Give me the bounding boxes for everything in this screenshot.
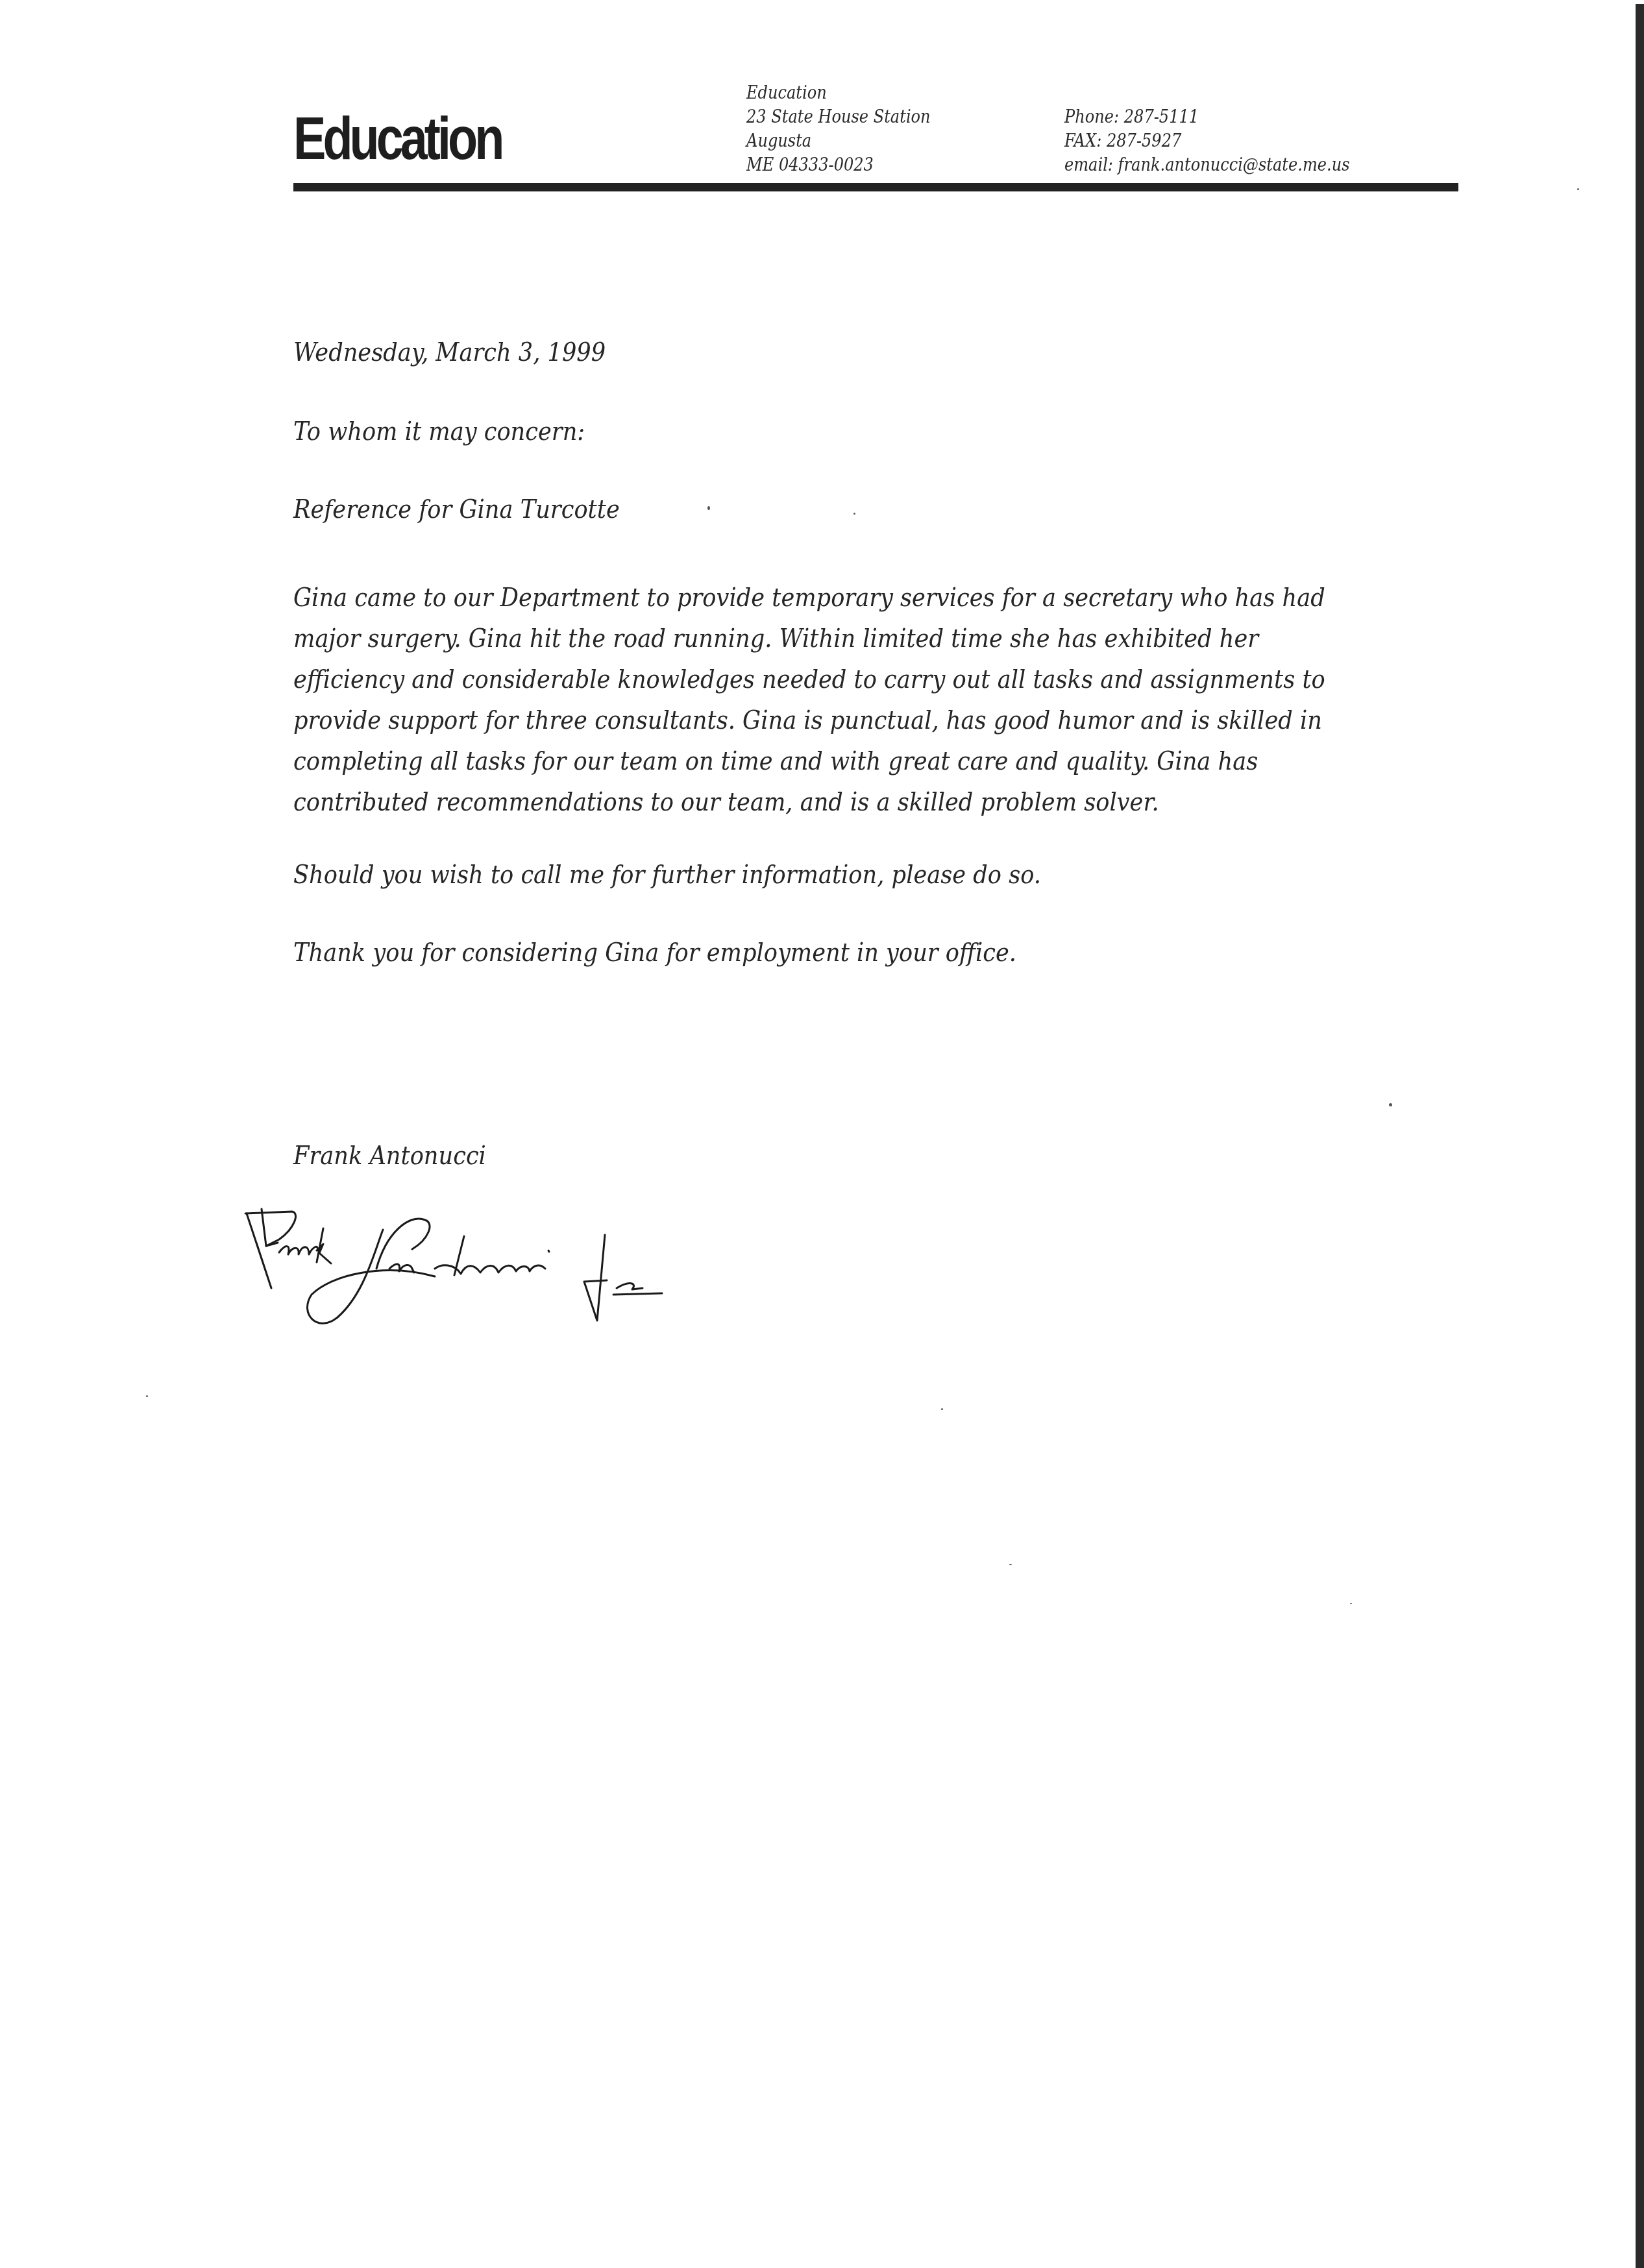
letter-thanks: Thank you for considering Gina for emplo… [293,938,1016,968]
scan-speck [853,513,855,515]
scan-speck [1389,1103,1392,1106]
paragraph-line: provide support for three consultants. G… [293,700,1325,741]
scan-speck [707,506,710,510]
scan-edge-border [1636,4,1644,2268]
letter-main-paragraph: Gina came to our Department to provide t… [293,578,1325,823]
paragraph-line: efficiency and considerable knowledges n… [293,659,1325,700]
address-line: 23 State House Station [746,104,931,128]
paragraph-line: Gina came to our Department to provide t… [293,578,1325,618]
handwritten-signature [240,1204,733,1334]
paragraph-line: contributed recommendations to our team,… [293,782,1325,823]
sender-name: Frank Antonucci [293,1141,486,1171]
letter-subject: Reference for Gina Turcotte [293,494,620,524]
address-line: ME 04333-0023 [746,152,931,177]
letterhead-contact: Phone: 287-5111 FAX: 287-5927 email: fra… [1064,104,1350,177]
paragraph-line: major surgery. Gina hit the road running… [293,618,1325,659]
letter-greeting: To whom it may concern: [293,417,585,446]
letter-date: Wednesday, March 3, 1999 [293,337,606,367]
letter-follow-up: Should you wish to call me for further i… [293,860,1041,890]
address-line: Education [746,80,931,104]
address-line: Augusta [746,128,931,152]
scan-speck [146,1395,148,1397]
letterhead-logo: Education [293,109,501,169]
fax-number: FAX: 287-5927 [1064,128,1350,152]
letterhead-address: Education 23 State House Station Augusta… [746,80,931,177]
scan-speck [1577,188,1579,190]
phone-number: Phone: 287-5111 [1064,104,1350,128]
letterhead-divider [293,183,1458,191]
email-address: email: frank.antonucci@state.me.us [1064,152,1350,177]
scan-speck [1350,1603,1352,1604]
scan-speck [941,1408,943,1410]
paragraph-line: completing all tasks for our team on tim… [293,741,1325,782]
scan-speck [1009,1564,1012,1565]
